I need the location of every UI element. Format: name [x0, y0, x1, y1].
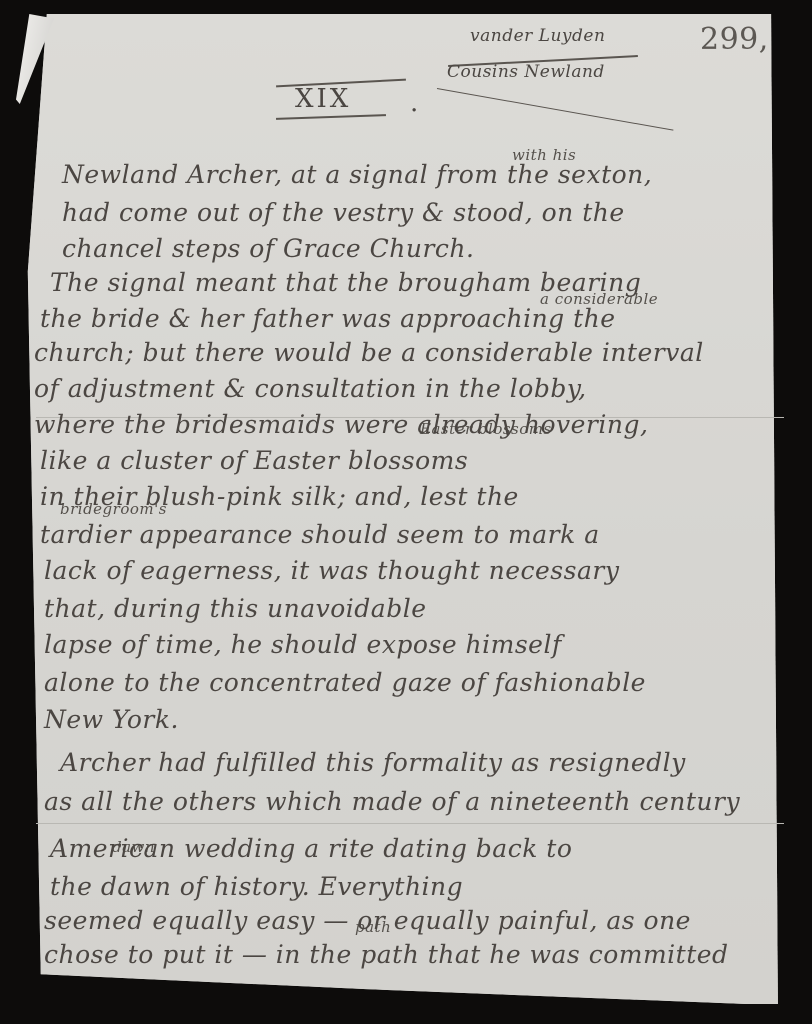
- manuscript-line: chancel steps of Grace Church.: [62, 234, 474, 263]
- chapter-period: .: [410, 88, 421, 118]
- manuscript-line: chose to put it — in the path that he wa…: [44, 940, 729, 969]
- manuscript-line: where the bridesmaids were already hover…: [34, 410, 648, 439]
- manuscript-line: in their blush-pink silk; and, lest the: [40, 482, 519, 511]
- manuscript-line: seemed equally easy — or equally painful…: [44, 906, 691, 935]
- manuscript-line: like a cluster of Easter blossoms: [40, 446, 468, 475]
- header-note-line1: vander Luyden: [470, 26, 605, 46]
- manuscript-line: Archer had fulfilled this formality as r…: [60, 748, 686, 777]
- manuscript-line: tardier appearance should seem to mark a: [40, 520, 600, 549]
- manuscript-line: lapse of time, he should expose himself: [44, 630, 562, 659]
- manuscript-line: the dawn of history. Everything: [50, 872, 463, 901]
- header-note-line2: Cousins Newland: [447, 62, 605, 82]
- manuscript-line: Newland Archer, at a signal from the sex…: [62, 160, 652, 189]
- manuscript-line: lack of eagerness, it was thought necess…: [44, 556, 619, 585]
- manuscript-line: American wedding a rite dating back to: [50, 834, 572, 863]
- manuscript-line: church; but there would be a considerabl…: [34, 338, 704, 367]
- manuscript-line: that, during this unavoidable: [44, 594, 427, 623]
- manuscript-line: as all the others which made of a ninete…: [44, 787, 740, 816]
- paste-seam: [36, 823, 784, 824]
- manuscript-line: New York.: [44, 705, 179, 734]
- manuscript-line: the bride & her father was approaching t…: [40, 304, 616, 333]
- manuscript-line: alone to the concentrated gaze of fashio…: [44, 668, 646, 697]
- manuscript-line: The signal meant that the brougham beari…: [50, 268, 641, 297]
- manuscript-line: of adjustment & consultation in the lobb…: [34, 374, 587, 403]
- chapter-heading: XIX: [295, 84, 351, 114]
- page-number: 299,: [700, 22, 769, 57]
- manuscript-line: had come out of the vestry & stood, on t…: [62, 198, 625, 227]
